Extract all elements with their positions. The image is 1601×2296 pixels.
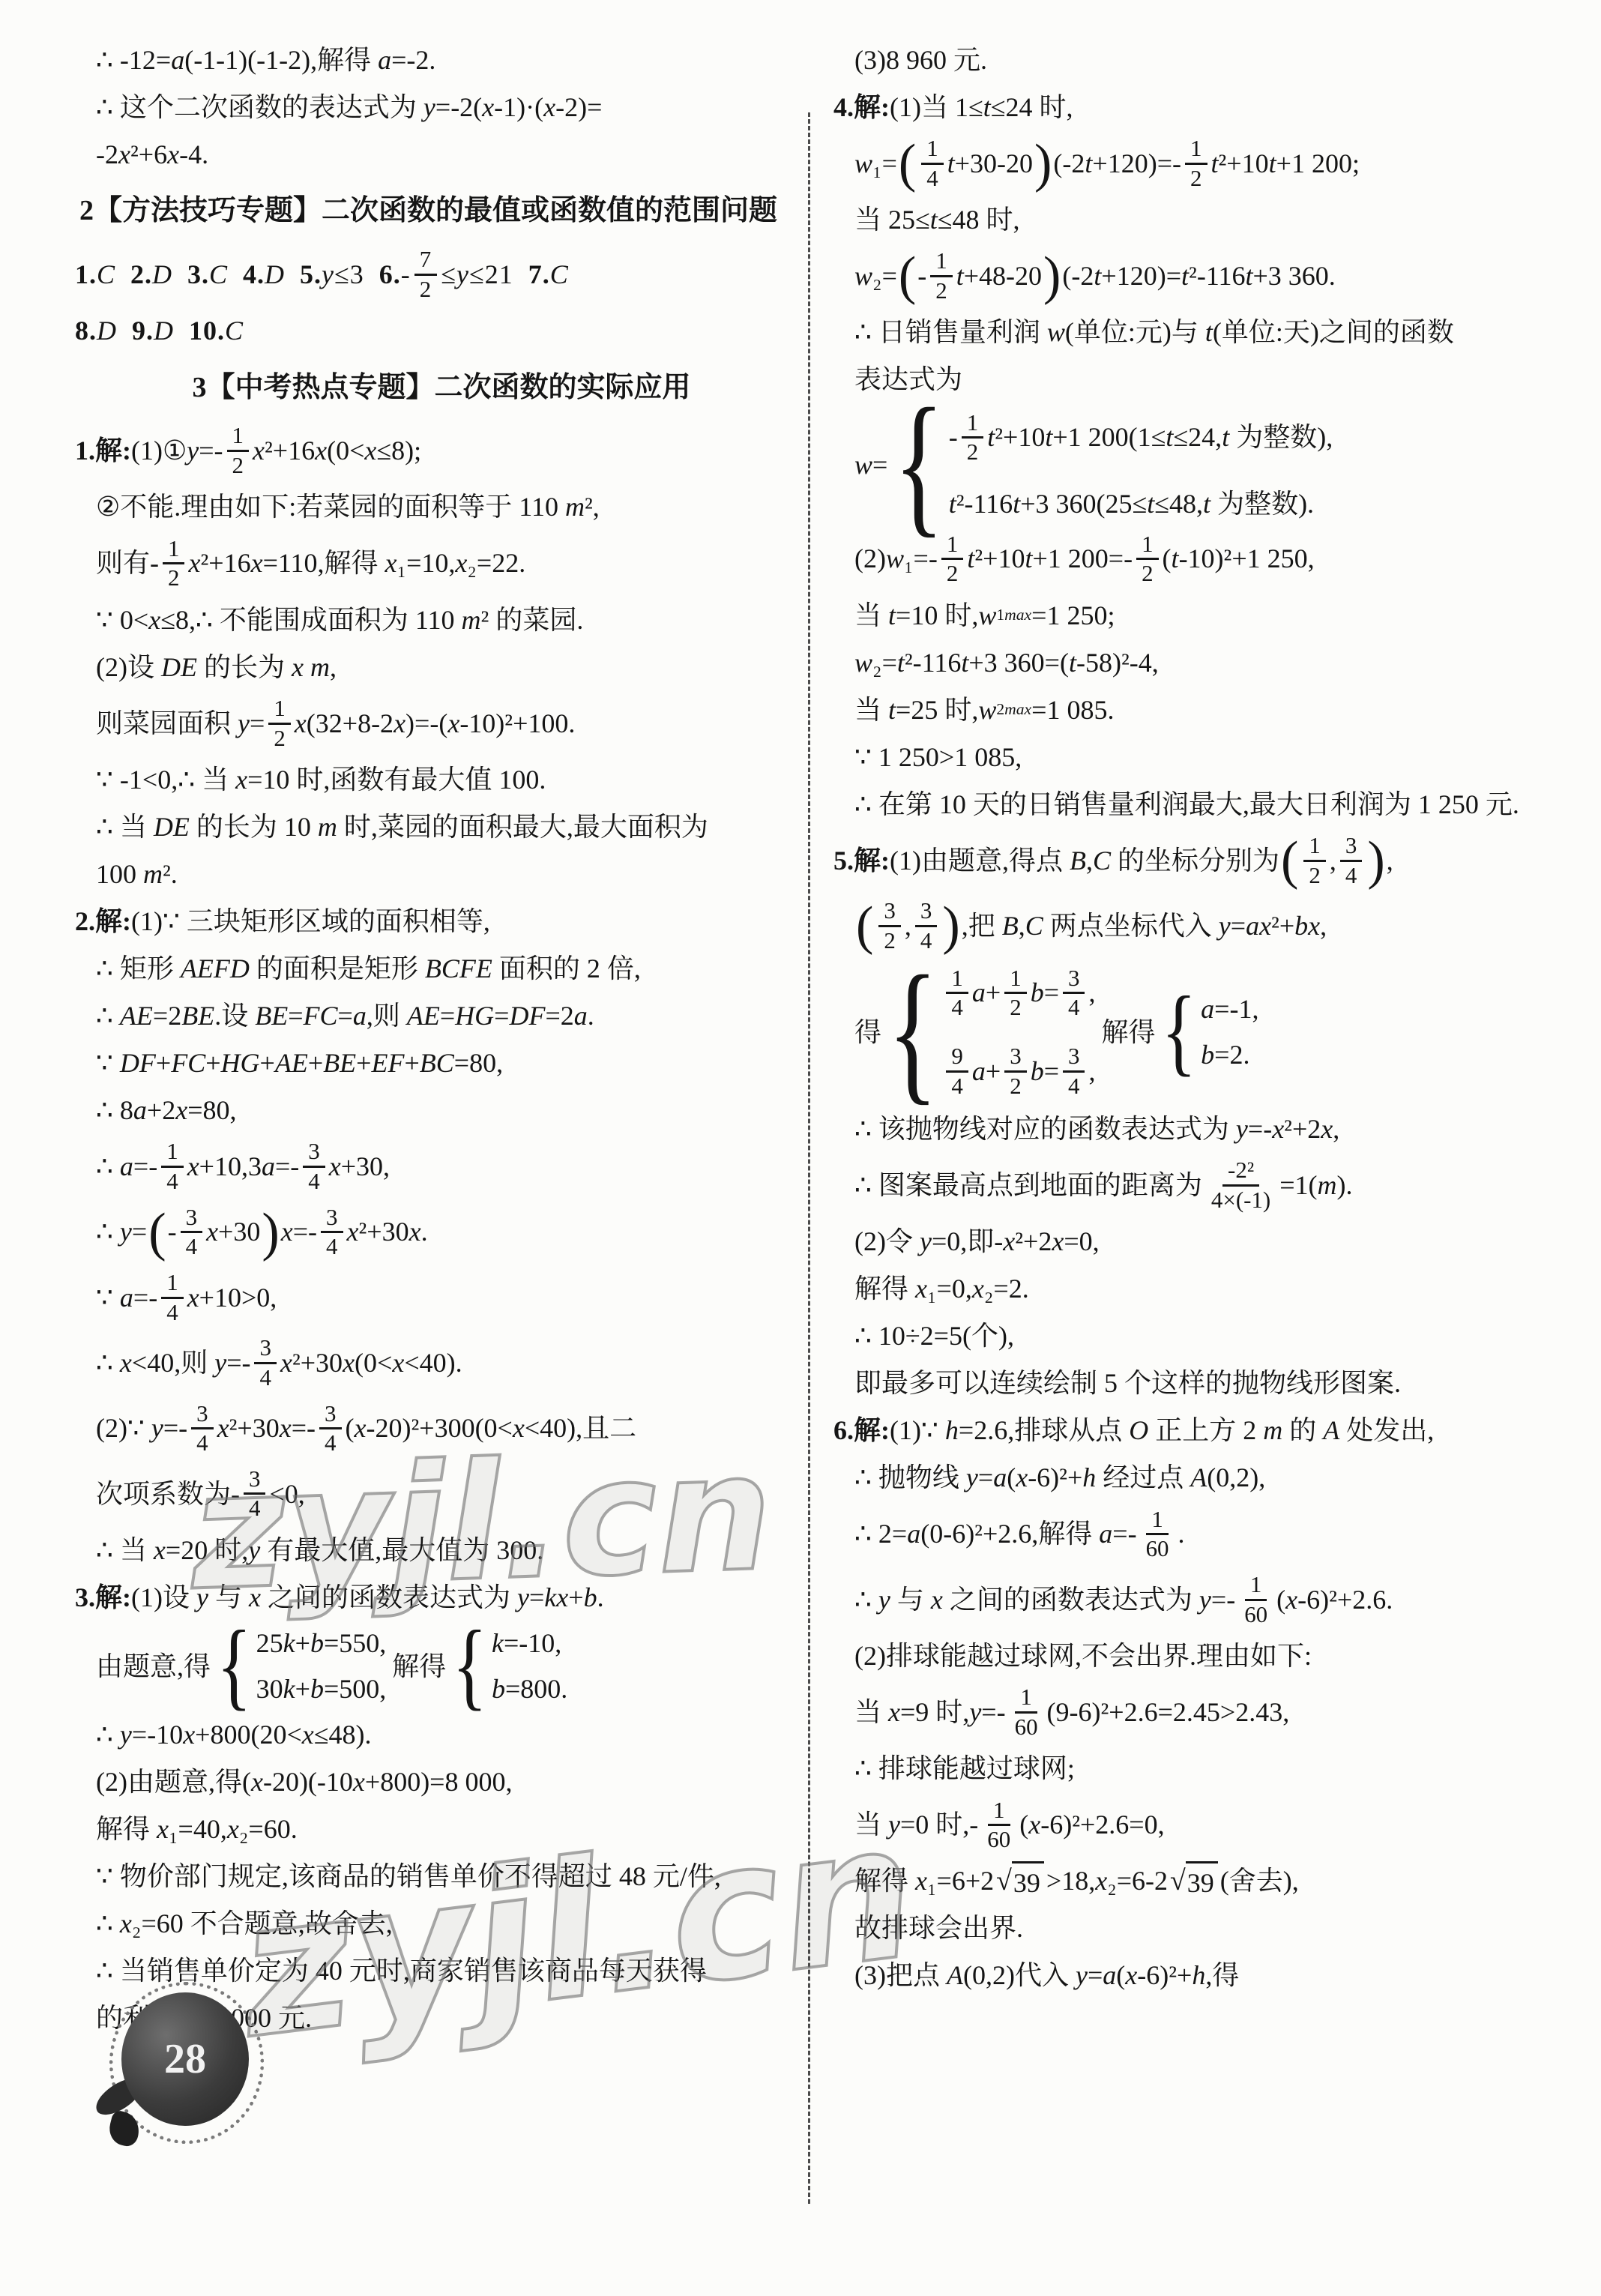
answer-line: 得{14a+12b=34,94a+32b=34,解得{a=-1,b=2. xyxy=(854,962,1591,1103)
math-text: D xyxy=(97,313,132,349)
answer-line: ∴ 日销售量利润 w(单位:元)与 t(单位:天)之间的函数 xyxy=(854,313,1591,353)
answer-line: ∴ 8a+2x=80, xyxy=(96,1090,808,1130)
math-text: - xyxy=(917,259,926,294)
left-brace-icon: { xyxy=(1162,983,1197,1081)
math-text: t+48-20 xyxy=(956,259,1042,294)
math-text: , xyxy=(1088,1054,1095,1089)
answer-line: ∴ -12=a(-1-1)(-1-2),解得 a=-2. xyxy=(96,40,808,80)
system-row: 14a+12b=34, xyxy=(942,964,1095,1022)
system-row: t²-116t+3 360(25≤t≤48,t 为整数). xyxy=(949,486,1333,522)
math-text: ∴ 2=a(0-6)²+2.6,解得 a=- xyxy=(854,1516,1137,1552)
answer-line: w₂=t²-116t+3 360=(t-58)²-4, xyxy=(854,642,1591,683)
system-row: b=2. xyxy=(1201,1037,1258,1073)
brace-system: {a=-1,b=2. xyxy=(1162,992,1259,1073)
answer-line: 6.解:(1)∵ h=2.6,排球从点 O 正上方 2 m 的 A 处发出, xyxy=(833,1411,1591,1451)
fraction: 12 xyxy=(962,410,983,465)
bold-label: 7. xyxy=(528,257,550,292)
fraction: 14 xyxy=(921,136,943,191)
fraction-denominator: 4 xyxy=(161,1168,183,1195)
fraction-denominator: 2 xyxy=(941,560,963,587)
answer-line: 解得 x₁=0,x₂=2. xyxy=(854,1269,1591,1310)
math-text: 则菜园面积 y= xyxy=(96,706,265,741)
bold-label: 4. xyxy=(833,90,854,125)
fraction: 32 xyxy=(1004,1043,1026,1099)
fraction-denominator: 2 xyxy=(1004,1073,1026,1100)
math-text: D xyxy=(154,313,189,349)
system-row: k=-10, xyxy=(492,1626,567,1661)
math-text: D xyxy=(265,257,300,292)
answer-line: (2)∵ y=-34x²+30x=-34(x-20)²+300(0<x<40),… xyxy=(96,1399,808,1458)
math-text: 100 m². xyxy=(96,857,178,892)
section-header: 2【方法技巧专题】二次函数的最值或函数值的范围问题 xyxy=(79,191,808,232)
math-text: b=2. xyxy=(1201,1037,1249,1073)
math-text: t²+10t+1 200; xyxy=(1211,146,1360,181)
math-text: t²-116t+3 360(25≤t≤48,t 为整数). xyxy=(949,486,1314,522)
fraction-numerator: 7 xyxy=(414,247,437,276)
answer-line: 4.解:(1)当 1≤t≤24 时, xyxy=(833,87,1591,127)
page-number-badge: 28 xyxy=(88,1971,261,2159)
fraction: 34 xyxy=(319,1401,341,1456)
fraction-denominator: 4 xyxy=(921,165,943,192)
math-text: >18,x₂=6-2 xyxy=(1046,1863,1168,1899)
math-text: - xyxy=(401,257,411,292)
brace-system: {14a+12b=34,94a+32b=34, xyxy=(887,964,1095,1101)
radical-sign: √ xyxy=(996,1867,1012,1896)
fraction: 12 xyxy=(1185,136,1207,191)
math-text: -2x²+6x-4. xyxy=(96,137,208,172)
fraction-numerator: 3 xyxy=(244,1466,265,1495)
fraction: 160 xyxy=(982,1798,1016,1853)
answer-line: ∵ 1 250>1 085, xyxy=(854,737,1591,777)
fraction: 160 xyxy=(1239,1572,1273,1627)
math-text: 当 t=25 时,w xyxy=(854,693,996,728)
fraction-numerator: 1 xyxy=(1185,136,1207,165)
fraction: 14 xyxy=(946,965,968,1021)
answer-line: (2)由题意,得(x-20)(-10x+800)=8 000, xyxy=(96,1762,808,1803)
fraction-denominator: 2 xyxy=(1303,862,1325,889)
bold-label: 解: xyxy=(854,90,890,125)
fraction-denominator: 60 xyxy=(1239,1601,1273,1628)
left-brace-icon: { xyxy=(217,1617,252,1715)
bold-label: 解: xyxy=(95,904,131,939)
fraction-denominator: 4 xyxy=(1063,994,1085,1021)
math-text: ≤y≤21 xyxy=(441,257,528,292)
page-background: zyjl.cn zyjl.cn ∴ -12=a(-1-1)(-1-2),解得 a… xyxy=(0,0,1601,2296)
fraction-numerator: 1 xyxy=(962,410,983,439)
math-text: (舍去), xyxy=(1220,1863,1299,1899)
radicand: 39 xyxy=(1186,1861,1218,1901)
math-text: ∵ DF+FC+HG+AE+BE+EF+BC=80, xyxy=(96,1046,503,1081)
math-text: (2)排球能越过球网,不会出界.理由如下: xyxy=(854,1639,1312,1674)
math-text: =1(m). xyxy=(1279,1168,1352,1203)
big-parenthesis: ) xyxy=(1043,250,1061,304)
answer-line: ∴ 当 DE 的长为 10 m 时,菜园的面积最大,最大面积为 xyxy=(96,807,808,847)
answer-line: (3)把点 A(0,2)代入 y=a(x-6)²+h,得 xyxy=(854,1956,1591,1996)
math-text: 30k+b=500, xyxy=(256,1672,387,1707)
math-text: 得 xyxy=(854,1015,881,1050)
math-text: (2)由题意,得(x-20)(-10x+800)=8 000, xyxy=(96,1765,512,1800)
bold-label: 6. xyxy=(833,1413,854,1448)
math-text: ∴ 当 x=20 时,y 有最大值,最大值为 300. xyxy=(96,1533,543,1568)
fraction-numerator: 3 xyxy=(1004,1043,1026,1073)
math-text: ,把 B,C 两点坐标代入 y=ax²+bx, xyxy=(962,909,1327,944)
answer-line: ∴ 该抛物线对应的函数表达式为 y=-x²+2x, xyxy=(854,1109,1591,1149)
fraction-numerator: 1 xyxy=(227,423,249,452)
bold-label: 解: xyxy=(854,843,890,879)
math-text: =1 250; xyxy=(1031,598,1115,633)
fraction-numerator: 9 xyxy=(946,1043,968,1073)
fraction-denominator: 2 xyxy=(163,564,184,591)
math-text: 解得 x₁=0,x₂=2. xyxy=(854,1271,1029,1307)
math-text: ∴ x₂=60 不合题意,故舍去, xyxy=(96,1906,393,1941)
math-text: 即最多可以连续绘制 5 个这样的抛物线形图案. xyxy=(854,1366,1401,1401)
answer-line: (2)w₁=-12t²+10t+1 200=-12(t-10)²+1 250, xyxy=(854,530,1591,588)
answer-line: w₂=(-12t+48-20)(-2t+120)=t²-116t+3 360. xyxy=(854,247,1591,305)
math-text: 解得 x₁=40,x₂=60. xyxy=(96,1812,298,1847)
math-text: C xyxy=(225,313,244,349)
answer-line: 由题意,得{25k+b=550,30k+b=500,解得{k=-10,b=800… xyxy=(96,1624,808,1708)
math-text: 次项系数为- xyxy=(96,1477,240,1512)
answer-line: ∴ a=-14x+10,3a=-34x+30, xyxy=(96,1137,808,1196)
math-text: ∴ 8a+2x=80, xyxy=(96,1093,237,1128)
math-text: D xyxy=(152,257,187,292)
math-text: x+30 xyxy=(206,1214,260,1250)
bold-label: 9. xyxy=(132,313,154,349)
system-row: a=-1, xyxy=(1201,992,1258,1027)
big-parenthesis: ( xyxy=(856,900,873,953)
math-text: . xyxy=(1178,1516,1185,1552)
fraction: 34 xyxy=(191,1401,213,1456)
math-text: (1)由题意,得点 B,C 的坐标分别为 xyxy=(890,843,1279,879)
system-rows: a=-1,b=2. xyxy=(1201,992,1258,1073)
answer-line: 100 m². xyxy=(96,854,808,894)
math-text: ∴ 在第 10 天的日销售量利润最大,最大日利润为 1 250 元. xyxy=(854,787,1519,822)
math-text: (-2t+120)=- xyxy=(1053,146,1181,181)
fraction: 12 xyxy=(268,696,290,751)
math-text: w₂=t²-116t+3 360=(t-58)²-4, xyxy=(854,645,1159,681)
bold-label: 5. xyxy=(300,257,322,292)
fraction: 34 xyxy=(1340,833,1362,888)
badge-circle: 28 xyxy=(121,1992,249,2126)
fraction-denominator: 4 xyxy=(946,994,968,1021)
bold-label: 1. xyxy=(75,257,97,292)
answer-line: 1.解:(1)①y=-12x²+16x(0<x≤8); xyxy=(75,421,808,480)
math-text: ②不能.理由如下:若菜园的面积等于 110 m², xyxy=(96,489,600,525)
answer-line: 3.解:(1)设 y 与 x 之间的函数表达式为 y=kx+b. xyxy=(75,1577,808,1618)
fraction-denominator: 4 xyxy=(303,1168,325,1195)
math-text: (x-6)²+2.6. xyxy=(1276,1582,1393,1618)
fraction-numerator: 1 xyxy=(1136,531,1158,561)
math-text: x²+16x=110,解得 x₁=10,x₂=22. xyxy=(188,546,525,581)
fraction-denominator: 4 xyxy=(319,1429,341,1456)
answer-line: 当 25≤t≤48 时, xyxy=(854,199,1591,240)
answer-line: 表达式为 xyxy=(854,360,1591,400)
math-text: C xyxy=(550,257,569,292)
fraction-numerator: 3 xyxy=(1340,833,1362,862)
math-text: w= xyxy=(854,448,887,483)
math-text: ∴ 日销售量利润 w(单位:元)与 t(单位:天)之间的函数 xyxy=(854,315,1454,350)
answer-line: 2.解:(1)∵ 三块矩形区域的面积相等, xyxy=(75,901,808,941)
math-text: t²+10t+1 200(1≤t≤24,t 为整数), xyxy=(987,420,1333,455)
answer-line: ∴ x<40,则 y=-34x²+30x(0<x<40). xyxy=(96,1334,808,1392)
answer-line: ∴ 10÷2=5(个), xyxy=(854,1316,1591,1357)
answer-line: ∴ AE=2BE.设 BE=FC=a,则 AE=HG=DF=2a. xyxy=(96,995,808,1036)
answer-line: ∴ 排球能越过球网; xyxy=(854,1749,1591,1789)
fraction: 34 xyxy=(181,1205,202,1260)
math-text: y≤3 xyxy=(322,257,379,292)
math-text: ∴ y 与 x 之间的函数表达式为 y=- xyxy=(854,1582,1235,1618)
answer-line: ∵ -1<0,∴ 当 x=10 时,函数有最大值 100. xyxy=(96,759,808,800)
math-text: 解得 x₁=6+2 xyxy=(854,1863,994,1899)
bold-label: 3. xyxy=(75,1580,95,1615)
fraction-numerator: 1 xyxy=(163,536,184,565)
math-text: ∵ 物价部门规定,该商品的销售单价不得超过 48 元/件, xyxy=(96,1859,721,1894)
answer-line: ∵ 0<x≤8,∴ 不能围成面积为 110 m² 的菜园. xyxy=(96,600,808,640)
radical-sign: √ xyxy=(1170,1867,1186,1896)
math-text: x+30, xyxy=(329,1149,390,1184)
answer-line: 8.D 9.D 10.C xyxy=(75,310,808,351)
math-text: ∴ 图案最高点到地面的距离为 xyxy=(854,1168,1202,1203)
math-text: ∴ 当 DE 的长为 10 m 时,菜园的面积最大,最大面积为 xyxy=(96,810,708,845)
math-text: t+30-20 xyxy=(947,146,1033,181)
fraction-denominator: 2 xyxy=(1136,560,1158,587)
math-text: 当 y=0 时,- xyxy=(854,1807,978,1842)
math-text: 3【中考热点专题】二次函数的实际应用 xyxy=(192,370,690,406)
fraction-denominator: 4 xyxy=(1340,862,1362,889)
page-number: 28 xyxy=(164,2035,206,2083)
math-text: a=-1, xyxy=(1201,992,1258,1027)
answer-line: ∴ 2=a(0-6)²+2.6,解得 a=-160. xyxy=(854,1505,1591,1564)
answer-line: ∴ 这个二次函数的表达式为 y=-2(x-1)·(x-2)= xyxy=(96,87,808,127)
math-text: 则有- xyxy=(96,546,159,581)
math-text: ∴ -12=a(-1-1)(-1-2),解得 a=-2. xyxy=(96,43,435,78)
answer-line: ∵ a=-14x+10>0, xyxy=(96,1268,808,1327)
math-text: b= xyxy=(1031,975,1059,1010)
bold-label: 10. xyxy=(189,313,225,349)
fraction-denominator: 2 xyxy=(227,452,249,479)
math-text: , xyxy=(1088,975,1095,1010)
big-parenthesis: ( xyxy=(899,250,916,304)
big-parenthesis: ) xyxy=(1367,834,1384,888)
fraction-numerator: 1 xyxy=(1245,1572,1267,1601)
fraction: 34 xyxy=(244,1466,265,1522)
fraction-numerator: -2² xyxy=(1222,1157,1259,1187)
fraction-denominator: 4 xyxy=(254,1364,276,1391)
math-text: k=-10, xyxy=(492,1626,561,1661)
square-root: √39 xyxy=(996,1861,1044,1901)
left-brace-icon: { xyxy=(452,1617,487,1715)
bold-label: 解: xyxy=(854,1413,890,1448)
math-text: (t-10)²+1 250, xyxy=(1163,541,1315,576)
fraction-numerator: 1 xyxy=(1146,1507,1168,1536)
math-text: ∴ 矩形 AEFD 的面积是矩形 BCFE 面积的 2 倍, xyxy=(96,951,641,986)
fraction: 160 xyxy=(1010,1684,1043,1740)
answer-line: ∴ 在第 10 天的日销售量利润最大,最大日利润为 1 250 元. xyxy=(854,784,1591,825)
math-text: (1)设 y 与 x 之间的函数表达式为 y=kx+b. xyxy=(131,1580,604,1615)
math-text: (2)设 DE 的长为 x m, xyxy=(96,650,337,685)
math-text: 2【方法技巧专题】二次函数的最值或函数值的范围问题 xyxy=(79,193,777,229)
fraction-numerator: 1 xyxy=(930,248,952,277)
bold-label: 8. xyxy=(75,313,97,349)
brace-system: {k=-10,b=800. xyxy=(452,1626,567,1707)
fraction-numerator: 3 xyxy=(191,1401,213,1430)
system-rows: 14a+12b=34,94a+32b=34, xyxy=(942,964,1095,1101)
math-text: ∵ 1 250>1 085, xyxy=(854,740,1022,775)
answer-line: ∴ 矩形 AEFD 的面积是矩形 BCFE 面积的 2 倍, xyxy=(96,948,808,989)
math-text: C xyxy=(97,257,130,292)
math-text: 由题意,得 xyxy=(96,1649,211,1684)
bold-label: 2. xyxy=(75,904,95,939)
answer-line: ∴ x₂=60 不合题意,故舍去, xyxy=(96,1904,808,1944)
bold-label: 1. xyxy=(75,433,95,468)
math-text: 解得 xyxy=(392,1649,446,1684)
bold-label: 6. xyxy=(379,257,401,292)
left-brace-icon: { xyxy=(887,953,938,1112)
fraction-denominator: 2 xyxy=(1004,994,1026,1021)
fraction-denominator: 4 xyxy=(191,1429,213,1456)
math-text: x²+16x(0<x≤8); xyxy=(253,433,421,468)
big-parenthesis: ) xyxy=(1034,136,1052,190)
math-text: x+10,3a=- xyxy=(187,1149,300,1184)
brace-system: {25k+b=550,30k+b=500, xyxy=(217,1626,386,1707)
fraction: 12 xyxy=(1303,833,1325,888)
fraction: 12 xyxy=(1004,965,1026,1021)
fraction: 72 xyxy=(414,247,437,302)
fraction-denominator: 2 xyxy=(930,277,952,304)
answer-line: 当 x=9 时,y=-160(9-6)²+2.6=2.45>2.43, xyxy=(854,1683,1591,1741)
math-text: x²+30x=- xyxy=(217,1411,316,1446)
math-text: , xyxy=(905,909,911,944)
math-text: (x-6)²+2.6=0, xyxy=(1019,1807,1164,1842)
math-text: (9-6)²+2.6=2.45>2.43, xyxy=(1047,1695,1290,1730)
fraction-numerator: 3 xyxy=(321,1205,343,1234)
math-text: - xyxy=(168,1214,177,1250)
subscript: 2max xyxy=(996,702,1031,718)
fraction-denominator: 2 xyxy=(268,725,290,752)
big-parenthesis: ( xyxy=(148,1205,166,1259)
fraction: -2²4×(-1) xyxy=(1206,1157,1276,1213)
fraction-denominator: 4 xyxy=(244,1495,265,1522)
fraction: 34 xyxy=(321,1205,343,1260)
math-text: ∵ a=- xyxy=(96,1280,157,1316)
math-text: ∴ a=- xyxy=(96,1149,157,1184)
fraction-denominator: 4 xyxy=(946,1073,968,1100)
answer-line: 1.C 2.D 3.C 4.D 5.y≤3 6.-72≤y≤21 7.C xyxy=(75,245,808,304)
math-text: x+10>0, xyxy=(187,1280,277,1316)
math-text: 25k+b=550, xyxy=(256,1626,387,1661)
answer-line: 则有-12x²+16x=110,解得 x₁=10,x₂=22. xyxy=(96,534,808,593)
answers-column-left: ∴ -12=a(-1-1)(-1-2),解得 a=-2.∴ 这个二次函数的表达式… xyxy=(75,33,808,2046)
fraction-numerator: 1 xyxy=(921,136,943,165)
fraction-denominator: 4 xyxy=(1063,1073,1085,1100)
math-text: ∴ 抛物线 y=a(x-6)²+h 经过点 A(0,2), xyxy=(854,1460,1265,1495)
answer-line: -2x²+6x-4. xyxy=(96,134,808,175)
fraction: 94 xyxy=(946,1043,968,1099)
math-text: a+ xyxy=(972,975,1001,1010)
answer-line: (2)令 y=0,即-x²+2x=0, xyxy=(854,1222,1591,1262)
answer-line: 则菜园面积 y=12x(32+8-2x)=-(x-10)²+100. xyxy=(96,694,808,753)
math-text: a+ xyxy=(972,1054,1001,1089)
fraction-numerator: 1 xyxy=(268,696,290,725)
fraction: 14 xyxy=(161,1270,183,1325)
math-text: , xyxy=(1330,843,1336,879)
answer-line: ②不能.理由如下:若菜园的面积等于 110 m², xyxy=(96,487,808,528)
math-text: ∵ 0<x≤8,∴ 不能围成面积为 110 m² 的菜园. xyxy=(96,603,583,638)
fraction-numerator: 1 xyxy=(988,1798,1010,1827)
math-text: 当 x=9 时,y=- xyxy=(854,1695,1006,1730)
bold-label: 4. xyxy=(243,257,265,292)
math-text: w₁= xyxy=(854,146,897,181)
fraction-denominator: 4 xyxy=(181,1233,202,1260)
math-text: <0, xyxy=(269,1477,304,1512)
answer-line: 故排球会出界. xyxy=(854,1908,1591,1949)
system-rows: k=-10,b=800. xyxy=(492,1626,567,1707)
section-header: 3【中考热点专题】二次函数的实际应用 xyxy=(75,367,808,408)
fraction: 12 xyxy=(227,423,249,478)
fraction-numerator: 1 xyxy=(1303,833,1325,862)
fraction-numerator: 3 xyxy=(915,898,937,927)
system-row: 25k+b=550, xyxy=(256,1626,387,1661)
fraction: 34 xyxy=(303,1139,325,1194)
answer-line: 5.解:(1)由题意,得点 B,C 的坐标分别为(12,34), xyxy=(833,831,1591,890)
math-text: ∵ -1<0,∴ 当 x=10 时,函数有最大值 100. xyxy=(96,762,546,798)
math-text: (3)8 960 元. xyxy=(854,43,987,78)
math-text: t²+10t+1 200=- xyxy=(967,541,1133,576)
answer-line: ∵ 物价部门规定,该商品的销售单价不得超过 48 元/件, xyxy=(96,1857,808,1897)
answer-line: 次项系数为-34<0, xyxy=(96,1465,808,1523)
system-row: 30k+b=500, xyxy=(256,1672,387,1707)
big-parenthesis: ( xyxy=(899,136,916,190)
column-divider xyxy=(808,112,810,2204)
fraction-numerator: 3 xyxy=(878,898,900,927)
fraction: 160 xyxy=(1141,1507,1175,1562)
answer-line: ∵ DF+FC+HG+AE+BE+EF+BC=80, xyxy=(96,1043,808,1083)
bold-label: 2. xyxy=(130,257,152,292)
math-text: ∴ 10÷2=5(个), xyxy=(854,1319,1014,1354)
bold-label: 5. xyxy=(833,843,854,879)
math-text: x²+30x. xyxy=(347,1214,428,1250)
big-parenthesis: ( xyxy=(1281,834,1298,888)
fraction-numerator: 3 xyxy=(254,1335,276,1364)
math-text: (2)令 y=0,即-x²+2x=0, xyxy=(854,1224,1100,1259)
system-row: -12t²+10t+1 200(1≤t≤24,t 为整数), xyxy=(949,409,1333,467)
big-parenthesis: ) xyxy=(942,900,959,953)
answer-line: (3)8 960 元. xyxy=(854,40,1591,80)
math-text: ∴ y=-10x+800(20<x≤48). xyxy=(96,1717,372,1753)
math-text: (-2t+120)=t²-116t+3 360. xyxy=(1062,259,1335,294)
answer-line: 当 y=0 时,-160(x-6)²+2.6=0, xyxy=(854,1796,1591,1854)
math-text: (2)∵ y=- xyxy=(96,1411,187,1446)
system-row: b=800. xyxy=(492,1672,567,1707)
fraction-numerator: 3 xyxy=(1063,1043,1085,1073)
big-parenthesis: ) xyxy=(262,1205,279,1259)
brace-system: {-12t²+10t+1 200(1≤t≤24,t 为整数),t²-116t+3… xyxy=(893,409,1333,522)
fraction-numerator: 1 xyxy=(1004,965,1026,995)
math-text: 故排球会出界. xyxy=(854,1911,1023,1946)
answer-line: 解得 x₁=6+2√39>18,x₂=6-2√39(舍去), xyxy=(854,1861,1591,1902)
fraction-denominator: 2 xyxy=(1185,165,1207,192)
math-text: =1 085. xyxy=(1031,693,1114,728)
math-text: b= xyxy=(1031,1054,1059,1089)
math-text: w₂= xyxy=(854,259,897,294)
math-text: (3)把点 A(0,2)代入 y=a(x-6)²+h,得 xyxy=(854,1958,1239,1993)
system-row: 94a+32b=34, xyxy=(942,1042,1095,1100)
math-text: x=- xyxy=(281,1214,317,1250)
math-text: - xyxy=(949,420,958,455)
fraction-denominator: 4 xyxy=(321,1233,343,1260)
answer-line: 当 t=10 时,w1max=1 250; xyxy=(854,595,1591,636)
math-text: 解得 xyxy=(1101,1015,1155,1050)
